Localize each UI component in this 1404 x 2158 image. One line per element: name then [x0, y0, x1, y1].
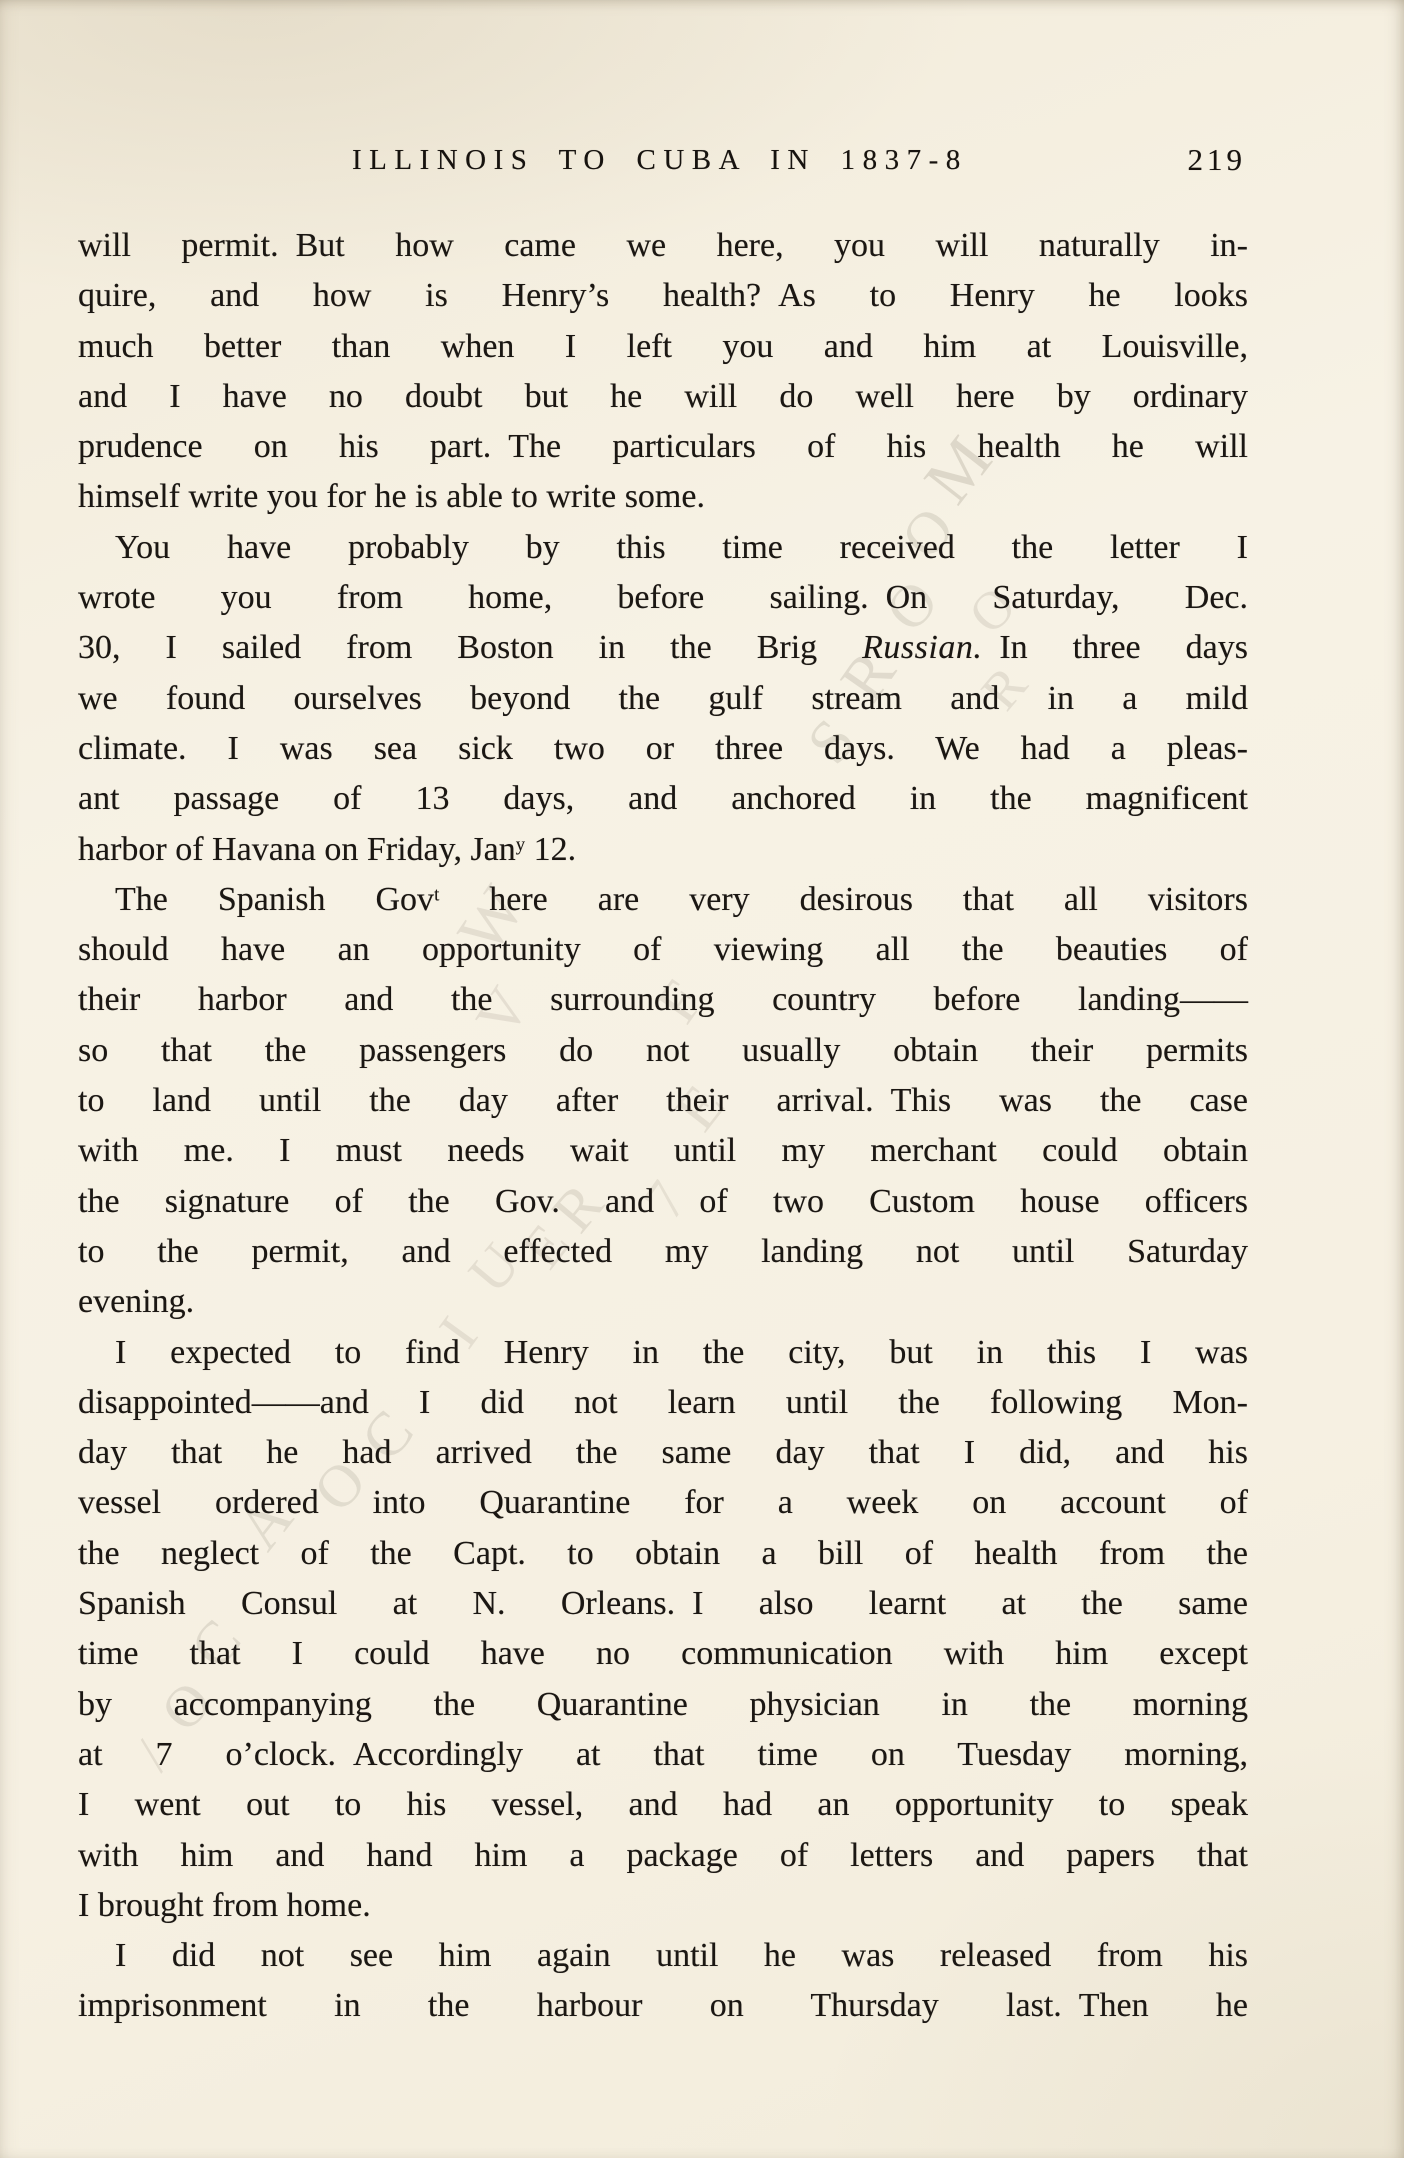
text-line: much better than when I left you and him…: [78, 322, 1248, 372]
text-line: ant passage of 13 days, and anchored in …: [78, 774, 1248, 824]
text-line: by accompanying the Quarantine physician…: [78, 1680, 1248, 1730]
text-line: at 7 o’clock. Accordingly at that time o…: [78, 1730, 1248, 1780]
text-line: harbor of Havana on Friday, Jany 12.: [78, 825, 1248, 875]
text-line: day that he had arrived the same day tha…: [78, 1428, 1248, 1478]
text-line: 30, I sailed from Boston in the Brig Rus…: [78, 623, 1248, 673]
text-line: to the permit, and effected my landing n…: [78, 1227, 1248, 1277]
running-head-title: ILLINOIS TO CUBA IN 1837-8: [352, 138, 968, 182]
text-line: disappointed——and I did not learn until …: [78, 1378, 1248, 1428]
text-line: and I have no doubt but he will do well …: [78, 372, 1248, 422]
letter-text: will permit. But how came we here, you w…: [78, 221, 1248, 2032]
text-line: their harbor and the surrounding country…: [78, 975, 1248, 1025]
text-line: the neglect of the Capt. to obtain a bil…: [78, 1529, 1248, 1579]
text-line: with him and hand him a package of lette…: [78, 1831, 1248, 1881]
text-line: to land until the day after their arriva…: [78, 1076, 1248, 1126]
text-line: prudence on his part. The particulars of…: [78, 422, 1248, 472]
text-line: should have an opportunity of viewing al…: [78, 925, 1248, 975]
running-head: ILLINOIS TO CUBA IN 1837-8 219: [0, 138, 1404, 182]
text-line: we found ourselves beyond the gulf strea…: [78, 674, 1248, 724]
text-line: evening.: [78, 1277, 1248, 1327]
text-line: You have probably by this time received …: [78, 523, 1248, 573]
text-line: so that the passengers do not usually ob…: [78, 1026, 1248, 1076]
text-line: I brought from home.: [78, 1881, 1248, 1931]
text-line: I expected to find Henry in the city, bu…: [78, 1328, 1248, 1378]
text-line: I did not see him again until he was rel…: [78, 1931, 1248, 1981]
text-line: the signature of the Gov. and of two Cus…: [78, 1177, 1248, 1227]
text-line: Spanish Consul at N. Orleans. I also lea…: [78, 1579, 1248, 1629]
text-line: with me. I must needs wait until my merc…: [78, 1126, 1248, 1176]
text-line: climate. I was sea sick two or three day…: [78, 724, 1248, 774]
text-line: imprisonment in the harbour on Thursday …: [78, 1981, 1248, 2031]
text-line: time that I could have no communication …: [78, 1629, 1248, 1679]
page-number: 219: [1188, 138, 1247, 182]
text-line: vessel ordered into Quarantine for a wee…: [78, 1478, 1248, 1528]
book-page: MOORSORWVFE7REUICOACO/ ILLINOIS TO CUBA …: [0, 0, 1404, 2158]
text-line: himself write you for he is able to writ…: [78, 472, 1248, 522]
text-line: The Spanish Govt here are very desirous …: [78, 875, 1248, 925]
text-line: wrote you from home, before sailing. On …: [78, 573, 1248, 623]
text-line: quire, and how is Henry’s health? As to …: [78, 271, 1248, 321]
text-line: will permit. But how came we here, you w…: [78, 221, 1248, 271]
text-line: I went out to his vessel, and had an opp…: [78, 1780, 1248, 1830]
